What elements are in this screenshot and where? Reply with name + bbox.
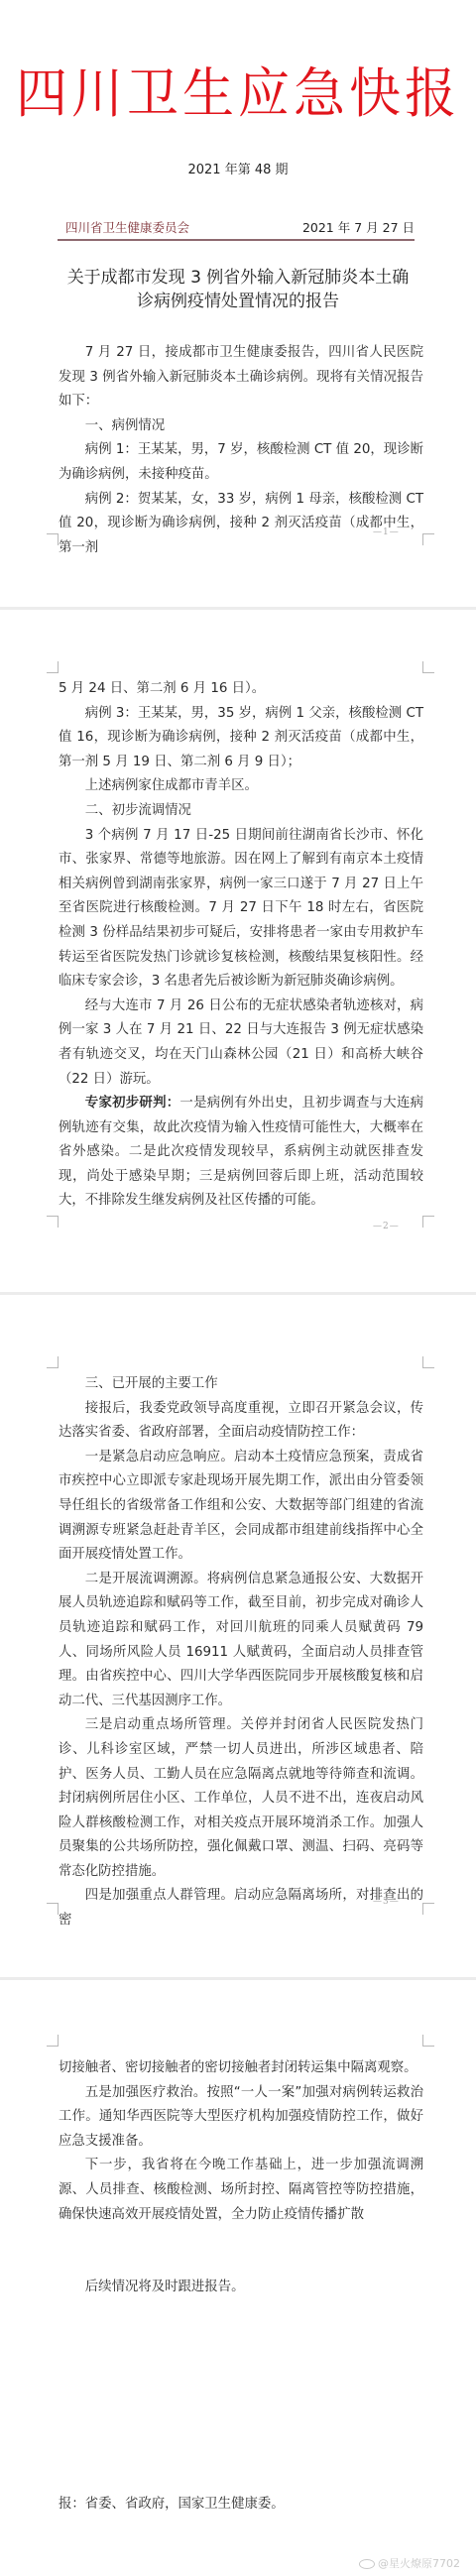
section-heading-investigation: 二、初步流调情况 [59, 799, 423, 824]
crop-mark [47, 1216, 59, 1228]
page-number: —3— [373, 1897, 400, 1907]
page-number: —1— [373, 527, 400, 537]
crop-mark [47, 533, 59, 545]
followup-paragraph: 后续情况将及时跟进报告。 [59, 2276, 423, 2300]
crop-mark [47, 2035, 59, 2047]
watermark-text: @星火燎原7702 [378, 2557, 460, 2570]
issuer-name: 四川省卫生健康委员会 [65, 218, 189, 236]
expert-judgment-label: 专家初步研判： [85, 1096, 180, 1111]
issue-date: 2021 年 7 月 27 日 [302, 218, 415, 236]
work-item-4: 四是加强重点人群管理。启动应急隔离场所，对排查出的密 [59, 1884, 423, 1932]
document-page-2: 5 月 24 日、第二剂 6 月 16 日）。 病例 3：王某某，男，35 岁，… [0, 610, 476, 1292]
crop-mark [422, 1356, 434, 1368]
residence-paragraph: 上述病例家住成都市青羊区。 [59, 774, 423, 799]
crop-mark [422, 533, 434, 545]
document-page-3: 三、已开展的主要工作 接报后，我委党政领导高度重视，立即召开紧急会议，传达落实省… [0, 1295, 476, 1996]
issue-number: 2021 年第 48 期 [0, 159, 476, 177]
expert-judgment-text: 一是病例有外出史，且初步调查与大连病例轨迹有交集，故此次疫情为输入性疫情可能性大… [59, 1096, 423, 1208]
document-page-1: 四川卫生应急快报 2021 年第 48 期 四川省卫生健康委员会 2021 年 … [0, 0, 476, 592]
page-4-body: 切接触者、密切接触者的密切接触者封闭转运集中隔离观察。 五是加强医疗救治。按照“… [59, 2056, 423, 2227]
work-item-1: 一是紧急启动应急响应。启动本土疫情应急预案，责成省市疾控中心立即派专家赴现场开展… [59, 1446, 423, 1568]
crop-mark [422, 2035, 434, 2047]
page-3-body: 三、已开展的主要工作 接报后，我委党政领导高度重视，立即召开紧急会议，传达落实省… [59, 1372, 423, 1933]
case-2-paragraph: 病例 2：贺某某，女，33 岁，病例 1 母亲，核酸检测 CT 值 20，现诊断… [59, 488, 423, 561]
weibo-icon [359, 2559, 375, 2569]
travel-paragraph: 3 个病例 7 月 17 日-25 日期间前往湖南省长沙市、怀化市、张家界、常德… [59, 824, 423, 995]
masthead-title: 四川卫生应急快报 [0, 58, 476, 131]
case-3-paragraph: 病例 3：王某某，男，35 岁，病例 1 父亲，核酸检测 CT 值 16，现诊断… [59, 702, 423, 775]
work-item-3: 三是启动重点场所管理。关停并封闭省人民医院发热门诊、儿科诊室区域，严禁一切人员进… [59, 1713, 423, 1884]
page-2-body: 5 月 24 日、第二剂 6 月 16 日）。 病例 3：王某某，男，35 岁，… [59, 677, 423, 1214]
document-page-4: 切接触者、密切接触者的密切接触者封闭转运集中隔离观察。 五是加强医疗救治。按照“… [0, 1980, 476, 2576]
work-item-2: 二是开展流调溯源。将病例信息紧急通报公安、大数据开展人员轨迹追踪和赋码等工作，截… [59, 1568, 423, 1714]
cc-block: 报：省委、省政府，国家卫生健康委。 [59, 2493, 423, 2517]
cc-recipients: 报：省委、省政府，国家卫生健康委。 [59, 2493, 423, 2517]
work-item-5: 五是加强医疗救治。按照“一人一案”加强对病例转运救治工作。通知华西医院等大型医疗… [59, 2081, 423, 2155]
intro-paragraph: 7 月 27 日，接成都市卫生健康委报告，四川省人民医院发现 3 例省外输入新冠… [59, 341, 423, 414]
dalian-paragraph: 经与大连市 7 月 26 日公布的无症状感染者轨迹核对，病例一家 3 人在 7 … [59, 995, 423, 1092]
crop-mark [422, 1903, 434, 1915]
expert-judgment-paragraph: 专家初步研判：一是病例有外出史，且初步调查与大连病例轨迹有交集，故此次疫情为输入… [59, 1092, 423, 1214]
case-1-paragraph: 病例 1：王某某，男，7 岁，核酸检测 CT 值 20，现诊断为确诊病例，未接种… [59, 438, 423, 487]
report-title-line-1: 关于成都市发现 3 例省外输入新冠肺炎本土确 [40, 266, 436, 290]
report-title-line-2: 诊病例疫情处置情况的报告 [40, 290, 436, 313]
report-title: 关于成都市发现 3 例省外输入新冠肺炎本土确 诊病例疫情处置情况的报告 [40, 266, 436, 313]
section-heading-work: 三、已开展的主要工作 [59, 1372, 423, 1397]
crop-mark [422, 661, 434, 673]
section-heading-cases: 一、病例情况 [59, 414, 423, 439]
case-2-continued: 5 月 24 日、第二剂 6 月 16 日）。 [59, 677, 423, 702]
crop-mark [47, 1903, 59, 1915]
crop-mark [47, 1356, 59, 1368]
page-1-body: 7 月 27 日，接成都市卫生健康委报告，四川省人民医院发现 3 例省外输入新冠… [59, 341, 423, 560]
crop-mark [47, 661, 59, 673]
next-step-paragraph: 下一步，我省将在今晚工作基础上，进一步加强流调溯源、人员排查、核酸检测、场所封控… [59, 2154, 423, 2227]
crop-mark [422, 1216, 434, 1228]
header-rule [58, 239, 415, 241]
work-intro-paragraph: 接报后，我委党政领导高度重视，立即召开紧急会议，传达落实省委、省政府部署，全面启… [59, 1397, 423, 1446]
work-item-4-continued: 切接触者、密切接触者的密切接触者封闭转运集中隔离观察。 [59, 2056, 423, 2081]
page-number: —2— [373, 1222, 400, 1231]
watermark: @星火燎原7702 [359, 2555, 460, 2571]
followup-block: 后续情况将及时跟进报告。 [59, 2276, 423, 2300]
